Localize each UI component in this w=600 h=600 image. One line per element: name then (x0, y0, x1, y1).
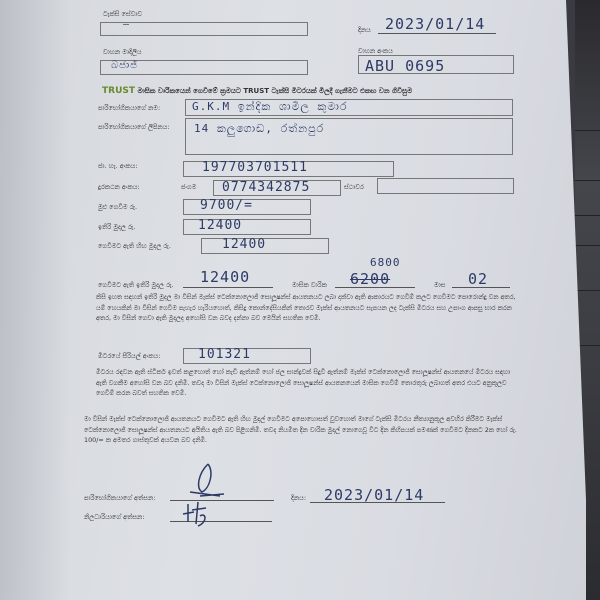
nic-field[interactable]: 197703701511 (183, 161, 394, 177)
landline-field[interactable] (377, 178, 514, 194)
customer-address-label: පාරිභෝගිකයාගේ ලිපිනය: (98, 123, 170, 132)
months-label: මාස (434, 281, 446, 290)
balance-price-label: ඉතිරි මුදල රු. (98, 223, 135, 232)
terms-paragraph-2: මීටරය රඳවන ඇති ස්ටිකර් ඉවත් කළහොත් හෝ කැ… (96, 367, 521, 399)
full-price-label: මුළු ගෙවීම රු. (98, 203, 137, 212)
meter-serial-label: මීටරයේ සීරියල් අංකය: (98, 352, 161, 361)
officer-sign-label: නිලධාරියාගේ අත්සන: (84, 513, 145, 522)
vehicle-model-field[interactable]: බජාජ් (100, 60, 308, 75)
terms-paragraph-1: කිසි ඉහත සඳහන් ඉතිරි මුදල මා විසින් මැක්… (96, 292, 516, 324)
officer-signature (180, 500, 220, 530)
balance-price-field[interactable]: 12400 (183, 219, 311, 235)
phone-label: දුරකථන අංකය: (98, 183, 140, 192)
remaining-value[interactable]: 12400 (200, 268, 250, 286)
nic-label: ජා. හැ. අංකය: (98, 162, 138, 171)
monthly-value-struck: 6200 (350, 270, 390, 288)
mobile-label: ජංගම (181, 183, 196, 192)
taxi-service-field[interactable]: — (100, 22, 308, 36)
full-price-field[interactable]: 9700/= (183, 199, 311, 215)
customer-name-label: පාරිභෝගිකයාගේ නම: (98, 104, 160, 113)
date-top-label: දිනය (358, 26, 371, 35)
monthly-label: මාසික වාරික (292, 281, 327, 290)
form-heading: TRUST මාසික වාරිකයෙන් ගෙවීමේ ක්‍රමයට TRU… (102, 86, 412, 96)
form-paper: ටැක්සි සේවාව — දිනය 2023/01/14 වාහන මාදි… (0, 0, 586, 600)
landline-label: ස්ථාවර (344, 183, 364, 192)
taxi-service-label: ටැක්සි සේවාව (103, 10, 142, 19)
vehicle-model-label: වාහන මාදිලිය (103, 48, 142, 57)
remaining-label: ගෙවීමට ඇති ඉතිරි මුදල රු. (98, 281, 174, 290)
trust-logo: TRUST (102, 86, 135, 96)
date-bottom-label: දිනය: (291, 494, 306, 503)
monthly-value-corrected[interactable]: 6800 (370, 256, 401, 269)
mobile-field[interactable]: 0774342875 (213, 180, 341, 196)
customer-signature (180, 462, 240, 504)
date-top-value[interactable]: 2023/01/14 (385, 15, 485, 33)
months-value[interactable]: 02 (468, 270, 488, 288)
terms-paragraph-3: මා විසින් මැක්ස් ටෙක්නොලොජි ආයතනයට ගෙවීම… (84, 414, 524, 446)
customer-address-field[interactable]: 14 කලුගොඩ, රත්නපුර (185, 118, 513, 155)
date-bottom-value[interactable]: 2023/01/14 (324, 486, 424, 504)
meter-serial-field[interactable]: 101321 (183, 348, 311, 364)
customer-sign-label: පාරිභෝගිකයාගේ අත්සන: (84, 494, 155, 503)
vehicle-number-field[interactable]: ABU 0695 (358, 55, 514, 74)
payable-amount-label: ගෙවීමට ඇති හිඟ මුදල රු. (98, 242, 171, 251)
payable-amount-field[interactable]: 12400 (201, 238, 329, 254)
customer-name-field[interactable]: G.K.M ඉන්දික ශාමිල කුමාර (185, 99, 513, 116)
